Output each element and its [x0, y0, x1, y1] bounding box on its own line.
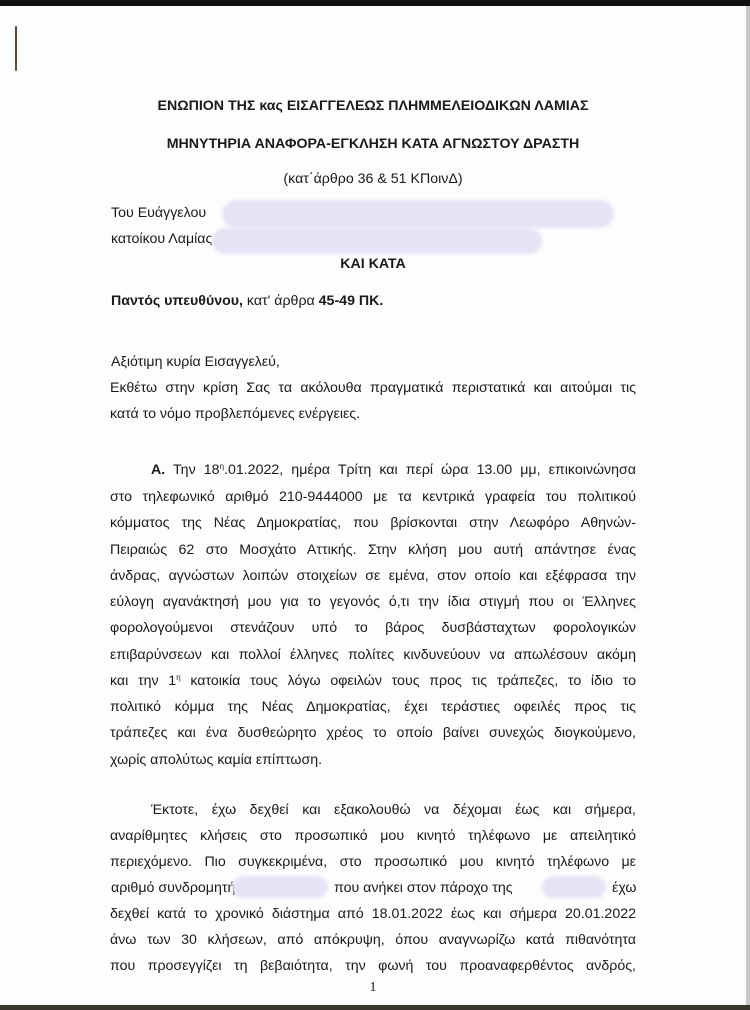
page-number: 1 — [0, 980, 746, 996]
paragraph-2-line: αναρίθμητες κλήσεις στο προσωπικό μου κι… — [110, 828, 636, 844]
paragraph-2-line: περιεχόμενο. Πιο συγκεκριμένα, στο προσω… — [110, 854, 636, 870]
redacted-address — [212, 228, 542, 254]
text: .01.2022, ημέρα Τρίτη και περί ώρα 13.00… — [224, 462, 636, 478]
section-a-first-line: Α. Την 18η.01.2022, ημέρα Τρίτη και περί… — [151, 462, 636, 478]
text: κατοικία τους λόγω οφειλών τους προς τις… — [181, 673, 636, 689]
paragraph-2-line: που προσεγγίζει τη βεβαιότητα, την φωνή … — [110, 958, 636, 974]
subscriber-label: αριθμό συνδρομητή — [111, 880, 235, 896]
intro-line: Εκθέτω στην κρίση Σας τα ακόλουθα πραγμα… — [110, 380, 636, 396]
section-a-line: επιβαρύνσεων και πολλοί έλληνες πολίτες … — [110, 647, 636, 663]
section-a-line: χωρίς απολύτως καμία επίπτωση. — [110, 752, 636, 768]
and-against-heading: ΚΑΙ ΚΑΤΑ — [0, 256, 746, 272]
heading-addressee: ΕΝΩΠΙΟΝ ΤΗΣ κας ΕΙΣΑΓΓΕΛΕΩΣ ΠΛΗΜΜΕΛΕΙΟΔΙ… — [0, 98, 746, 114]
text: Την 18 — [165, 462, 219, 478]
paragraph-2-line: δεχθεί κατά το χρονικό διάστημα από 18.0… — [110, 906, 636, 922]
responsible-party: Παντός υπευθύνου, κατ' άρθρα 45-49 ΠΚ. — [111, 293, 383, 309]
section-a-line: άνδρας, αγνώστων λοιπών στοιχείων σε εμέ… — [110, 568, 636, 584]
section-a-line: εύλογη αγανάκτησή μου για το γεγονός ό,τ… — [110, 594, 636, 610]
redacted-name — [222, 200, 614, 228]
responsible-party-mid: κατ' άρθρα — [243, 293, 319, 309]
received-text: έχω — [612, 880, 636, 896]
intro-line: κατά το νόμο προβλεπόμενες ενέργειες. — [110, 406, 636, 422]
section-a-line: πολιτικό κόμμα της Νέας Δημοκρατίας, έχε… — [110, 699, 636, 715]
legal-reference: (κατ΄άρθρο 36 & 51 ΚΠοινΔ) — [0, 171, 746, 187]
scan-bottom-edge — [0, 1005, 750, 1010]
responsible-party-label: Παντός υπευθύνου, — [111, 293, 243, 309]
paragraph-2-line: Έκτοτε, έχω δεχθεί και εξακολουθώ να δέχ… — [151, 802, 636, 818]
provider-text: που ανήκει στον πάροχο της — [334, 880, 513, 896]
text: και την 1 — [110, 673, 176, 689]
redacted-phone-number — [232, 876, 328, 898]
section-a-line: φορολογούμενοι στενάζουν υπό το βάρος δυ… — [110, 620, 636, 636]
margin-mark — [15, 26, 17, 71]
complainant-name: Του Ευάγγελου — [111, 205, 206, 221]
section-a-line: Πειραιώς 62 στο Μοσχάτο Αττικής. Στην κλ… — [110, 542, 636, 558]
salutation: Αξιότιμη κυρία Εισαγγελεύ, — [111, 354, 280, 370]
page-edge-shadow — [746, 6, 750, 1005]
section-a-marker: Α. — [151, 462, 165, 478]
responsible-articles: 45-49 ΠΚ. — [319, 293, 384, 309]
document-page: ΕΝΩΠΙΟΝ ΤΗΣ κας ΕΙΣΑΓΓΕΛΕΩΣ ΠΛΗΜΜΕΛΕΙΟΔΙ… — [0, 6, 746, 1005]
section-a-line: κόμματος της Νέας Δημοκρατίας, που βρίσκ… — [110, 515, 636, 531]
complainant-residence: κατοίκου Λαμίας — [111, 231, 212, 247]
section-a-line: τράπεζες και ένα δυσθεώρητο χρέος το οπο… — [110, 725, 636, 741]
paragraph-2-line: άνω των 30 κλήσεων, από απόκρυψη, όπου α… — [110, 932, 636, 948]
document-title: ΜΗΝΥΤΗΡΙΑ ΑΝΑΦΟΡΑ-ΕΓΚΛΗΣΗ ΚΑΤΑ ΑΓΝΩΣΤΟΥ … — [0, 136, 746, 152]
section-a-line: στο τηλεφωνικό αριθμό 210-9444000 με τα … — [110, 489, 636, 505]
redacted-provider — [542, 876, 606, 898]
section-a-line: και την 1η κατοικία τους λόγω οφειλών το… — [110, 673, 636, 689]
